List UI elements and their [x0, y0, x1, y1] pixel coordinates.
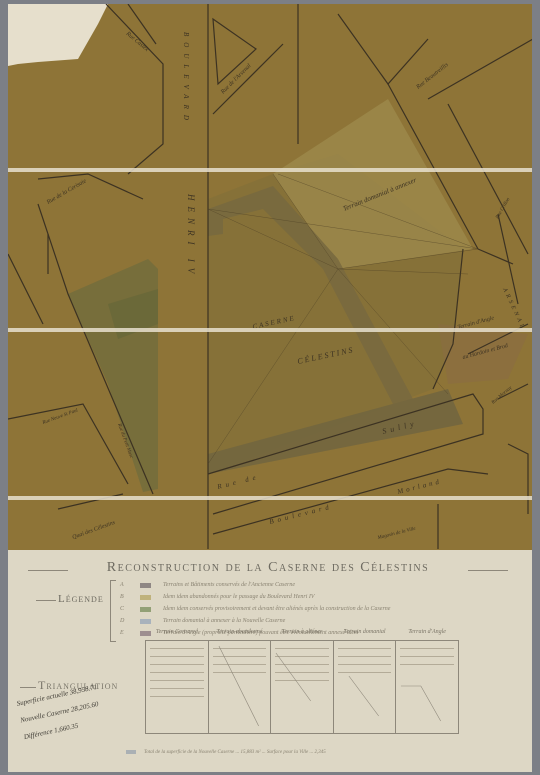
legend-heading: Légende: [58, 593, 104, 605]
tri-col-terrain-angle: Terrain d'Angle: [396, 641, 458, 733]
triangulation-rule: [20, 687, 36, 688]
svg-text:Rue Beautreillis: Rue Beautreillis: [415, 62, 450, 92]
legend-item-b: B Idem idem abandonnés pour le passage d…: [120, 591, 390, 603]
legend-swatch: [140, 619, 151, 624]
triangulation-footnote: Total de la superficie de la Nouvelle Ca…: [144, 750, 326, 755]
tri-col-terrain-abandonne: Terrain abandonné: [209, 641, 272, 733]
paper-fold: [8, 168, 532, 172]
footnote-swatch: [126, 750, 136, 754]
legend-swatch: [140, 607, 151, 612]
map-plan: Rue Castex Rue de la Cerisaie Rue Beautr…: [8, 4, 532, 550]
title-rule-right: [468, 570, 508, 571]
svg-text:Morland: Morland: [396, 477, 443, 496]
legend-rule: [36, 600, 56, 601]
legend-item-c: C Idem idem conservés provisoirement et …: [120, 603, 390, 615]
svg-text:Boulevard: Boulevard: [269, 502, 334, 525]
triangulation-table: Terrain Conservé Terrain abandonné Terra…: [145, 640, 459, 734]
svg-text:Rue de la Cerisaie: Rue de la Cerisaie: [45, 178, 88, 206]
svg-text:BOULEVARD: BOULEVARD: [182, 32, 190, 126]
paper-fold: [8, 328, 532, 332]
legend-item-a: A Terrains et Bâtiments conservés de l'A…: [120, 579, 390, 591]
document-title: Reconstruction de la Caserne des Célesti…: [68, 560, 468, 576]
title-rule-left: [28, 570, 68, 571]
svg-text:HENRI IV: HENRI IV: [186, 193, 196, 279]
svg-text:Rue Crillon: Rue Crillon: [495, 197, 512, 221]
svg-text:Magasin de la Ville: Magasin de la Ville: [376, 526, 417, 541]
legend-panel: Reconstruction de la Caserne des Célesti…: [8, 550, 532, 772]
svg-text:Rue de: Rue de: [216, 473, 261, 491]
svg-text:Rue Castex: Rue Castex: [124, 30, 150, 53]
legend-item-d: D Terrain domanial à annexer à la Nouvel…: [120, 615, 390, 627]
paper-fold: [8, 496, 532, 500]
legend-swatch: [140, 583, 151, 588]
tri-col-terrain-domanial: Terrain domanial: [334, 641, 397, 733]
tri-col-terrain-aliener: Terrain à aliéner: [271, 641, 334, 733]
tri-col-terrain-conserve: Terrain Conservé: [146, 641, 209, 733]
svg-text:Rue Mornay: Rue Mornay: [490, 385, 514, 406]
legend-brace: [110, 580, 116, 642]
svg-text:Quai des Célestins: Quai des Célestins: [72, 520, 117, 541]
street-plan: Rue Castex Rue de la Cerisaie Rue Beautr…: [8, 4, 532, 550]
svg-text:ARSENAL: ARSENAL: [501, 286, 526, 331]
legend-swatch: [140, 595, 151, 600]
map-sheet: Rue Castex Rue de la Cerisaie Rue Beautr…: [8, 4, 532, 772]
